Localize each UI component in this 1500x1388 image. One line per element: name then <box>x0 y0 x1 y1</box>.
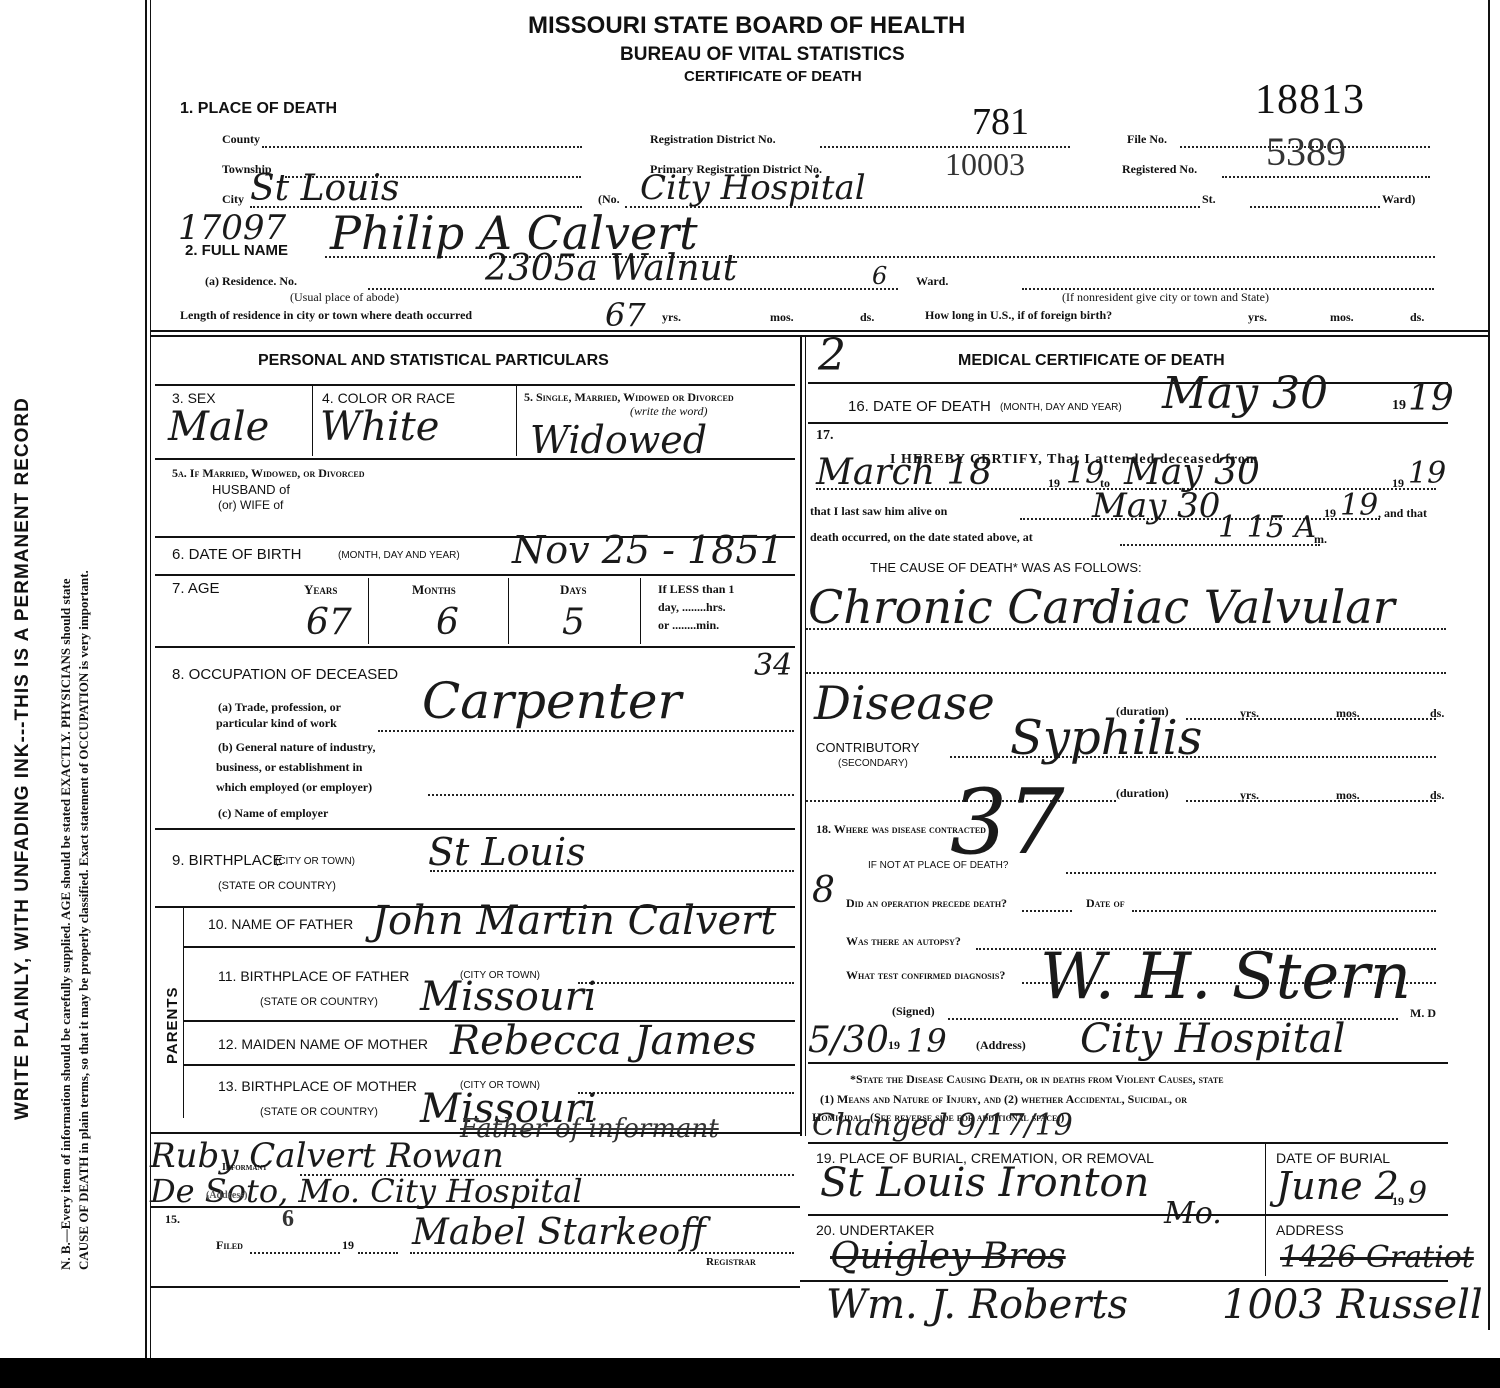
father-birthplace-label: 11. BIRTHPLACE OF FATHER <box>218 968 409 984</box>
registrar-value: Mabel Starkeoff <box>412 1212 706 1253</box>
parents-rule-3 <box>184 1064 795 1066</box>
father-birthplace-value: Missouri <box>420 974 597 1020</box>
filed-date-field[interactable] <box>250 1252 340 1254</box>
undertaker-address-label: ADDRESS <box>1276 1222 1344 1238</box>
county-field[interactable] <box>262 146 582 148</box>
burial-divider <box>1265 1144 1266 1276</box>
st-label: St. <box>1202 192 1216 207</box>
duration-field-1[interactable] <box>1186 718 1436 720</box>
age-years-value: 67 <box>306 602 352 643</box>
occupation-value: Carpenter <box>422 672 681 730</box>
length-residence-years: 67 <box>605 296 646 334</box>
footnote-line2: (1) Means and Nature of Injury, and (2) … <box>820 1092 1187 1107</box>
death-time-suffix: m. <box>1314 532 1327 547</box>
physician-signature: W. H. Stern <box>1040 940 1411 1014</box>
full-name-label: 2. FULL NAME <box>185 242 288 259</box>
occupation-b-line1: (b) General nature of industry, <box>218 740 375 755</box>
personal-title-rule <box>155 384 795 386</box>
primary-registration-label: Primary Registration District No. <box>650 162 822 177</box>
where-contracted-label: 18. Where was disease contracted <box>816 822 986 837</box>
primary-registration-value: 10003 <box>945 146 1025 183</box>
dob-note: (MONTH, DAY AND YEAR) <box>338 550 460 561</box>
bottom-left-rule <box>150 1286 800 1288</box>
cause-of-death-label: THE CAUSE OF DEATH* WAS AS FOLLOWS: <box>870 560 1142 575</box>
age-divider-1 <box>368 578 369 644</box>
parents-side-divider <box>183 908 184 1118</box>
dob-value: Nov 25 - 1851 <box>512 528 784 572</box>
filed-year-field[interactable] <box>358 1252 398 1254</box>
last-saw-year: 19 <box>1340 488 1378 523</box>
form-title: MISSOURI STATE BOARD OF HEALTH <box>528 12 965 40</box>
foreign-ds-label: ds. <box>1410 310 1424 325</box>
secondary-label: (SECONDARY) <box>838 758 908 769</box>
street-no-label: (No. <box>598 192 620 207</box>
length-yrs-label: yrs. <box>662 310 681 325</box>
form-name: CERTIFICATE OF DEATH <box>684 68 862 85</box>
age-days-label: Days <box>560 582 587 598</box>
medical-title-rule <box>808 382 1448 384</box>
operation-field[interactable] <box>1022 910 1072 912</box>
operation-date-label: Date of <box>1086 896 1125 911</box>
informant-value: Ruby Calvert Rowan <box>150 1136 504 1176</box>
scan-edge-bar <box>0 1358 1500 1388</box>
informant-rule <box>150 1206 800 1208</box>
parents-rule-1 <box>184 946 795 948</box>
address-label: (Address) <box>976 1038 1026 1053</box>
margin-mark-8: 8 <box>812 870 835 911</box>
filed-number: 15. <box>165 1212 180 1227</box>
cause-line-1-value: Chronic Cardiac Valvular <box>808 580 1395 634</box>
ward-label: Ward) <box>1382 192 1415 207</box>
age-label: 7. AGE <box>172 580 220 597</box>
registrar-label: Registrar <box>706 1256 756 1268</box>
less-than-day-line2: day, ........hrs. <box>658 600 726 615</box>
registration-district-value: 781 <box>972 100 1029 144</box>
occupation-label: 8. OCCUPATION OF DECEASED <box>172 666 398 683</box>
undertaker-value: Wm. J. Roberts <box>826 1282 1128 1328</box>
age-divider-2 <box>508 578 509 644</box>
burial-year-value: 9 <box>1408 1176 1427 1211</box>
signed-year-prefix: 19 <box>888 1038 900 1053</box>
duration-ds-1: ds. <box>1430 706 1444 721</box>
signed-date-value: 5/30 <box>808 1020 889 1061</box>
filed-label: Filed <box>216 1238 243 1253</box>
city-value: St Louis <box>250 168 399 209</box>
burial-rule <box>808 1214 1448 1216</box>
less-than-day-line3: or ........min. <box>658 618 719 633</box>
place-of-death-label: 1. PLACE OF DEATH <box>180 100 337 118</box>
race-marital-divider <box>516 386 517 456</box>
undertaker-address-value: 1003 Russell <box>1222 1282 1483 1328</box>
duration-yrs-2: yrs. <box>1240 788 1259 803</box>
birthplace-value: St Louis <box>428 830 586 874</box>
burial-place-value: St Louis Ironton <box>820 1160 1149 1206</box>
registration-district-label: Registration District No. <box>650 132 776 147</box>
residence-ward-label: Ward. <box>916 274 948 289</box>
contributory-value: Syphilis <box>1010 710 1202 766</box>
father-birthplace-state-note: (STATE OR COUNTRY) <box>260 996 378 1008</box>
length-ds-label: ds. <box>860 310 874 325</box>
center-divider <box>800 336 802 1136</box>
foreign-birth-label: How long in U.S., if of foreign birth? <box>925 308 1112 323</box>
death-date-value: May 30 <box>1162 368 1328 419</box>
marital-label: 5. Single, Married, Widowed or Divorced <box>524 390 734 405</box>
occupation-b-line3: which employed (or employer) <box>216 780 372 795</box>
occupation-code: 34 <box>754 648 792 683</box>
foreign-yrs-label: yrs. <box>1248 310 1267 325</box>
less-than-day-line1: If LESS than 1 <box>658 582 734 597</box>
death-date-note: (MONTH, DAY AND YEAR) <box>1000 402 1122 413</box>
death-date-label: 16. DATE OF DEATH <box>848 398 991 415</box>
informant-address-label: (Address) <box>206 1190 247 1201</box>
residence-label: (a) Residence. No. <box>205 274 297 289</box>
margin-note-line1: N. B.—Every item of information should b… <box>58 578 74 1270</box>
certificate-stamp-number: 18813 <box>1255 76 1365 124</box>
foreign-mos-label: mos. <box>1330 310 1354 325</box>
age-months-label: Months <box>412 582 456 598</box>
last-saw-label: that I last saw him alive on <box>810 504 947 519</box>
registered-no-field[interactable] <box>1222 176 1430 178</box>
duration-field-2[interactable] <box>1186 800 1436 802</box>
mother-birthplace-city-field[interactable] <box>578 1092 794 1094</box>
county-label: County <box>222 132 260 147</box>
birthplace-city-field[interactable] <box>430 870 794 872</box>
if-not-at-place-label: IF NOT AT PLACE OF DEATH? <box>868 860 1008 871</box>
attended-from-year-prefix: 19 <box>1048 476 1060 491</box>
attended-to-year: 19 <box>1408 456 1446 491</box>
occupation-b-line2: business, or establishment in <box>216 760 362 775</box>
form-subtitle: BUREAU OF VITAL STATISTICS <box>620 44 905 66</box>
age-days-value: 5 <box>562 602 585 643</box>
outer-frame-right <box>1488 0 1490 1330</box>
abode-note: (Usual place of abode) <box>290 290 399 305</box>
death-date-rule <box>808 422 1448 424</box>
registrar-field[interactable] <box>410 1252 794 1254</box>
attended-to-year-prefix: 19 <box>1392 476 1404 491</box>
husband-label: HUSBAND of <box>212 482 290 497</box>
test-diagnosis-label: What test confirmed diagnosis? <box>846 968 1005 983</box>
nonresident-note: (If nonresident give city or town and St… <box>1062 290 1269 305</box>
father-name-label: 10. NAME OF FATHER <box>208 916 353 932</box>
registered-no-label: Registered No. <box>1122 162 1197 177</box>
death-year-value: 19 <box>1408 378 1454 419</box>
wife-label: (or) WIFE of <box>218 498 283 512</box>
age-months-value: 6 <box>436 602 459 643</box>
operation-date-field[interactable] <box>1132 910 1436 912</box>
duration-label-2: (duration) <box>1116 786 1169 801</box>
duration-mos-1: mos. <box>1336 706 1360 721</box>
cause-line-2-field[interactable] <box>806 672 1446 674</box>
sex-race-divider <box>312 386 313 456</box>
occupation-c-label: (c) Name of employer <box>218 806 328 821</box>
undertaker-struck-value: Quigley Bros <box>830 1236 1066 1277</box>
parents-rule-bottom <box>150 1132 800 1134</box>
age-years-label: Years <box>304 582 337 598</box>
personal-section-title: PERSONAL AND STATISTICAL PARTICULARS <box>258 352 609 370</box>
outer-frame-left <box>145 0 147 1358</box>
death-time-label: death occurred, on the date stated above… <box>810 530 1033 545</box>
burial-year-prefix: 19 <box>1392 1194 1404 1209</box>
where-contracted-field[interactable] <box>1066 872 1436 874</box>
burial-date-value: June 2 <box>1276 1164 1399 1208</box>
md-label: M. D <box>1410 1006 1436 1021</box>
attended-from-value: March 18 <box>816 452 992 493</box>
marital-note: (write the word) <box>630 404 708 419</box>
signed-label: (Signed) <box>892 1004 935 1019</box>
marital-value: Widowed <box>530 418 707 462</box>
occupation-a-line1: (a) Trade, profession, or <box>218 700 341 715</box>
death-time-value: 1 15 A <box>1218 510 1316 545</box>
age-divider-3 <box>640 578 641 644</box>
filed-year-prefix: 19 <box>342 1238 354 1253</box>
birthplace-label: 9. BIRTHPLACE <box>172 852 283 869</box>
cause-line-2-value: Disease <box>814 676 995 730</box>
and-that-label: , and that <box>1378 506 1427 521</box>
physician-address-value: City Hospital <box>1080 1016 1345 1062</box>
row-rule-1 <box>155 458 795 460</box>
birthplace-city-note: (CITY OR TOWN) <box>275 856 355 867</box>
mother-birthplace-state-note: (STATE OR COUNTRY) <box>260 1106 378 1118</box>
father-name-value: John Martin Calvert <box>372 898 776 944</box>
margin-note-line2: CAUSE OF DEATH in plain terms, so that i… <box>76 570 92 1270</box>
city-label: City <box>222 192 244 207</box>
residence-ward-value: 6 <box>872 262 887 290</box>
autopsy-label: Was there an autopsy? <box>846 934 961 949</box>
sex-value: Male <box>168 404 269 450</box>
duration-ds-2: ds. <box>1430 788 1444 803</box>
signed-year-value: 19 <box>906 1022 947 1060</box>
duration-yrs-1: yrs. <box>1240 706 1259 721</box>
occupation-b-field[interactable] <box>428 794 794 796</box>
margin-heading: WRITE PLAINLY, WITH UNFADING INK---THIS … <box>12 397 34 1120</box>
length-residence-label: Length of residence in city or town wher… <box>180 308 472 323</box>
last-saw-year-prefix: 19 <box>1324 506 1336 521</box>
spouse-label: 5a. If Married, Widowed, or Divorced <box>172 466 365 481</box>
parents-side-label: PARENTS <box>164 986 181 1064</box>
signature-rule <box>808 1062 1448 1064</box>
occupation-a-field[interactable] <box>378 730 794 732</box>
duration-mos-2: mos. <box>1336 788 1360 803</box>
dob-label: 6. DATE OF BIRTH <box>172 546 301 563</box>
struck-overwrite: Changed 9/17/19 <box>812 1108 1073 1143</box>
ward-field[interactable] <box>1250 206 1380 208</box>
row-rule-3 <box>155 574 795 576</box>
center-divider-inner <box>805 336 806 1136</box>
footnote-line1: *State the Disease Causing Death, or in … <box>850 1072 1224 1087</box>
undertaker-address-struck: 1426 Gratiot <box>1280 1240 1474 1275</box>
contributory-label: CONTRIBUTORY <box>816 740 920 755</box>
death-year-prefix: 19 <box>1392 398 1406 414</box>
occupation-a-line2: particular kind of work <box>216 716 337 731</box>
certify-number: 17. <box>816 428 834 444</box>
mother-birthplace-label: 13. BIRTHPLACE OF MOTHER <box>218 1078 417 1094</box>
father-birthplace-city-field[interactable] <box>578 982 794 984</box>
birthplace-state-note: (STATE OR COUNTRY) <box>218 880 336 892</box>
footnote-rule <box>808 1142 1448 1144</box>
medical-margin-mark: 2 <box>818 330 846 381</box>
row-rule-4 <box>155 646 795 648</box>
file-no-label: File No. <box>1127 132 1167 147</box>
mother-name-label: 12. MAIDEN NAME OF MOTHER <box>218 1036 428 1052</box>
residence-value: 2305a Walnut <box>485 248 737 289</box>
race-value: White <box>320 404 439 450</box>
last-saw-value: May 30 <box>1092 486 1220 526</box>
filed-date-value: 6 <box>282 1206 294 1233</box>
operation-label: Did an operation precede death? <box>846 896 1007 911</box>
file-no-value: 5389 <box>1266 128 1346 175</box>
mother-name-value: Rebecca James <box>450 1018 756 1064</box>
length-mos-label: mos. <box>770 310 794 325</box>
